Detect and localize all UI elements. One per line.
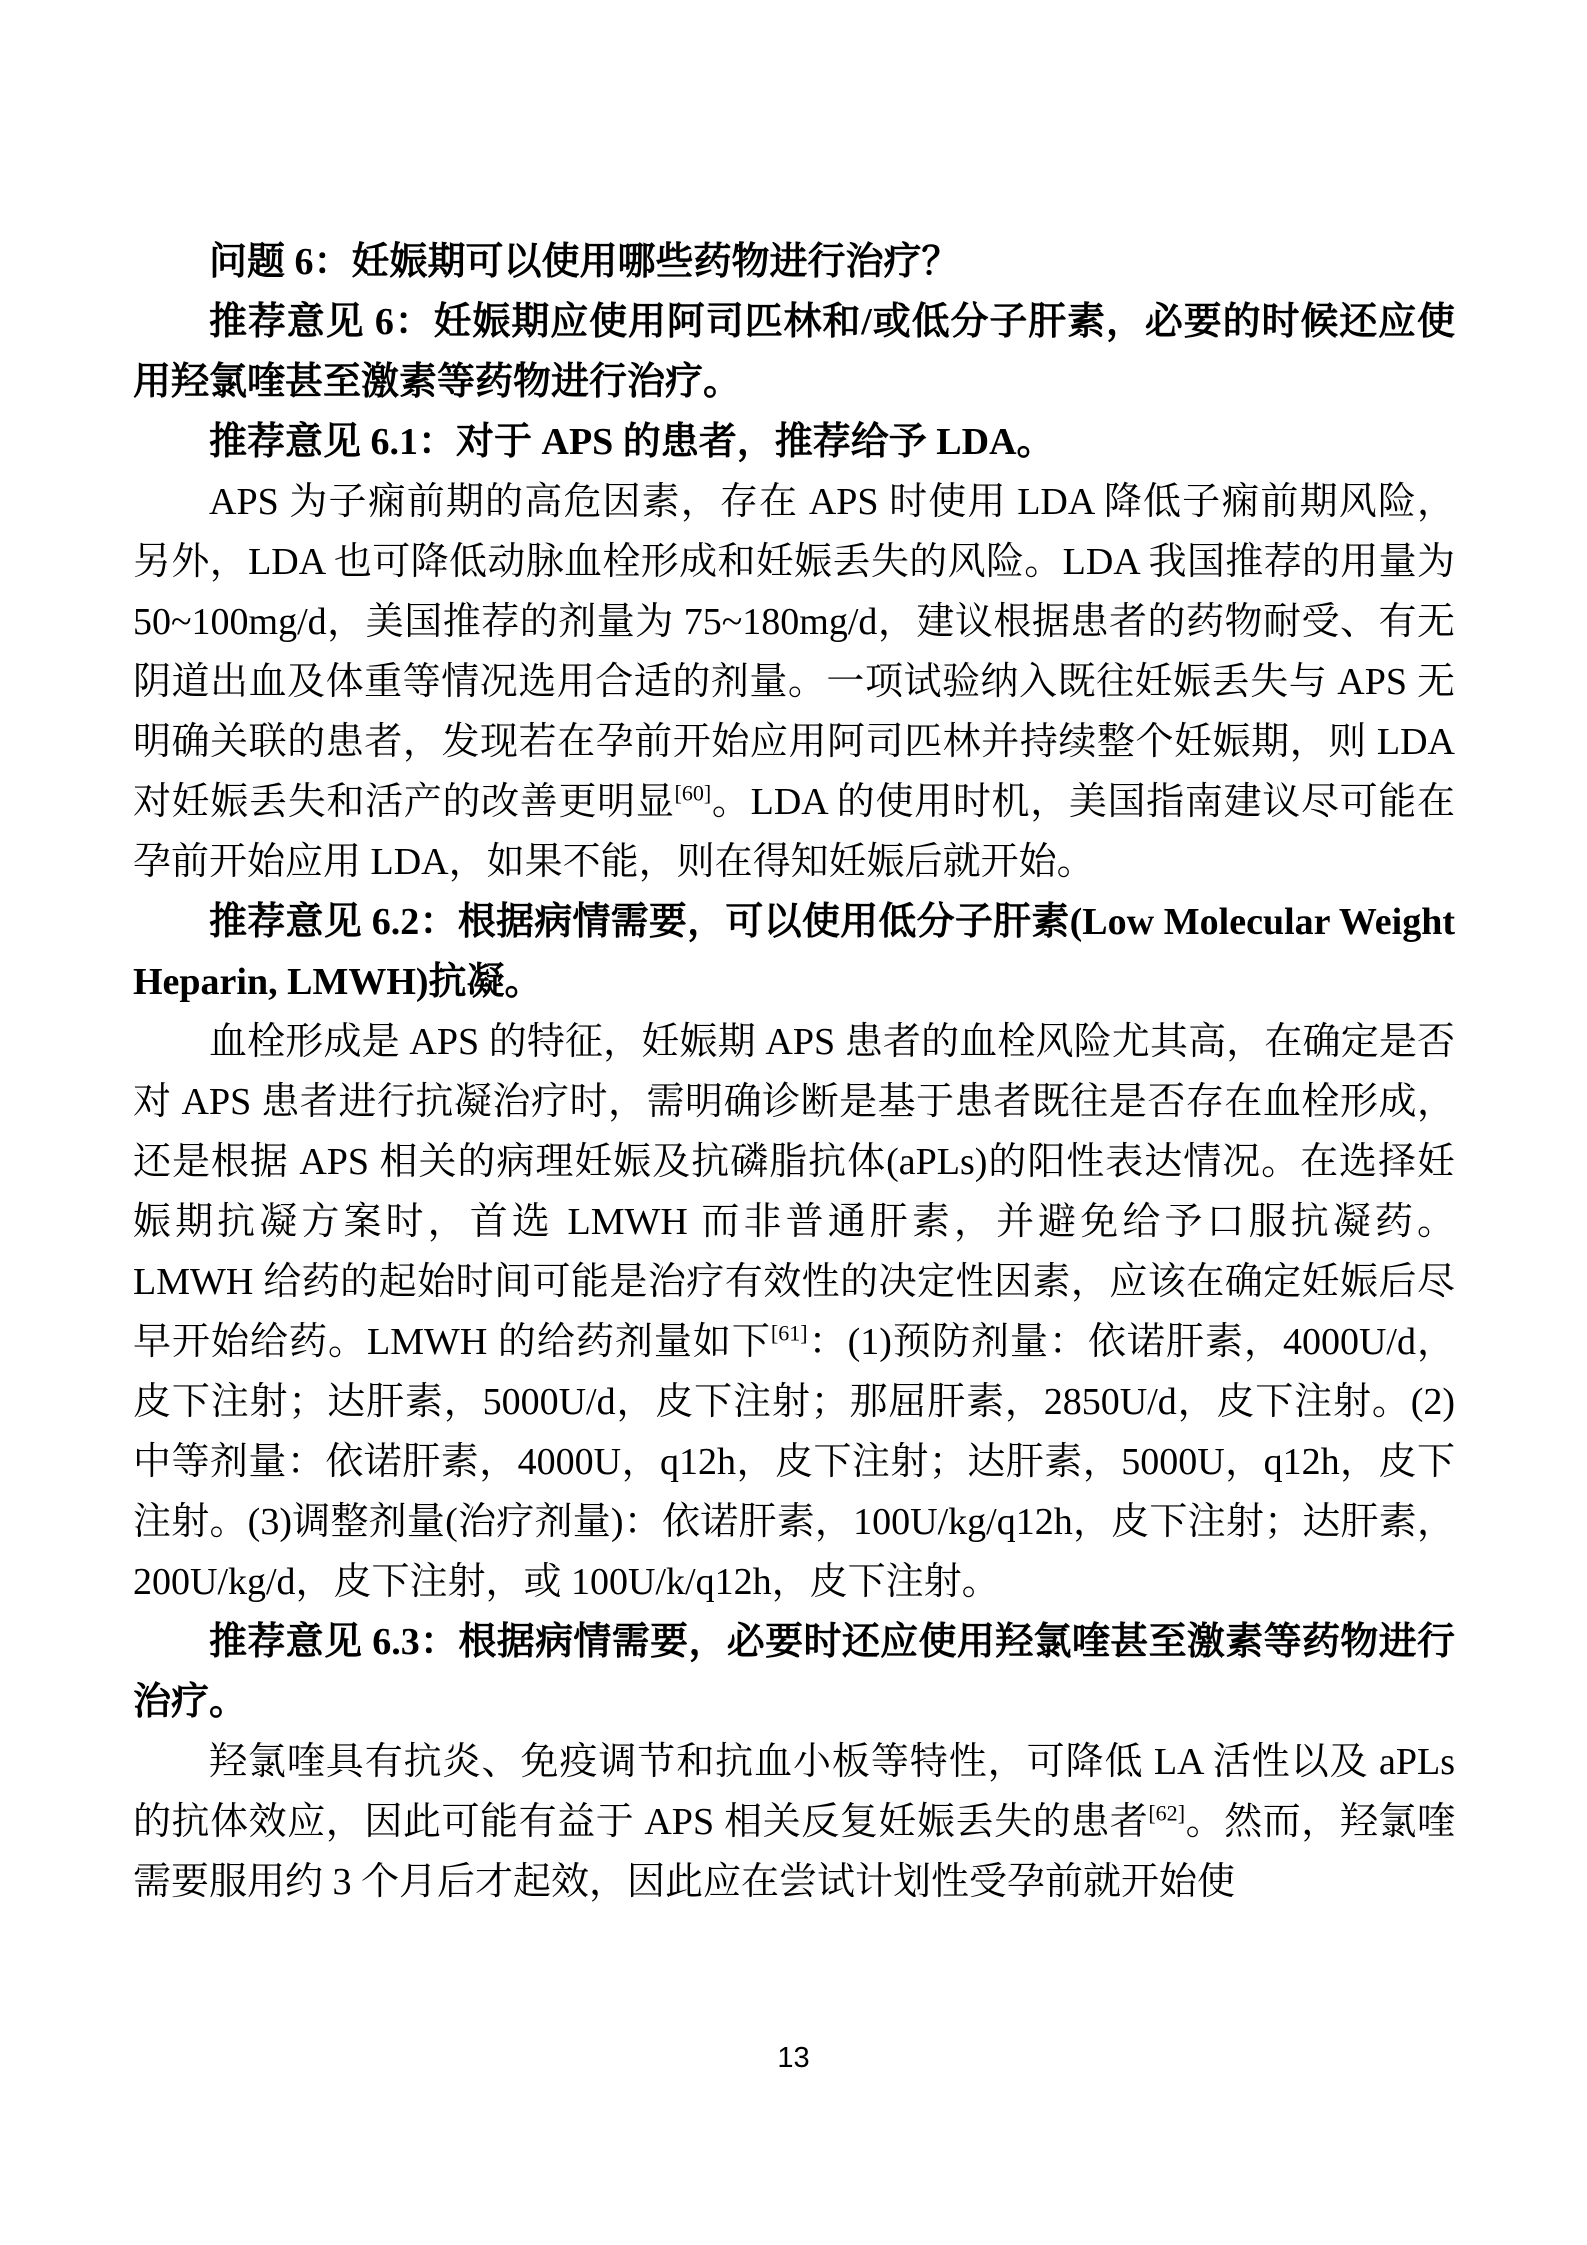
text-run: 推荐意见 6.3：根据病情需要，必要时还应使用羟氯喹甚至激素等药物进行治疗。 [133, 1621, 1455, 1723]
text-run: APS 为子痫前期的高危因素，存在 APS 时使用 LDA 降低子痫前期风险，另… [133, 481, 1455, 823]
document-page: 问题 6：妊娠期可以使用哪些药物进行治疗？推荐意见 6：妊娠期应使用阿司匹林和/… [0, 0, 1587, 2245]
text-run: 推荐意见 6.2：根据病情需要，可以使用低分子肝素(Low Molecular … [133, 901, 1455, 1003]
document-body: 问题 6：妊娠期可以使用哪些药物进行治疗？推荐意见 6：妊娠期应使用阿司匹林和/… [133, 232, 1455, 1912]
citation-ref: [61] [771, 1320, 808, 1345]
text-run: 问题 6：妊娠期可以使用哪些药物进行治疗？ [209, 241, 960, 283]
text-run: 推荐意见 6：妊娠期应使用阿司匹林和/或低分子肝素，必要的时候还应使用羟氯喹甚至… [133, 301, 1455, 403]
paragraph-6: 血栓形成是 APS 的特征，妊娠期 APS 患者的血栓风险尤其高，在确定是否对 … [133, 1012, 1455, 1612]
text-run: ：(1)预防剂量：依诺肝素，4000U/d，皮下注射；达肝素，5000U/d，皮… [133, 1321, 1455, 1603]
paragraph-5: 推荐意见 6.2：根据病情需要，可以使用低分子肝素(Low Molecular … [133, 892, 1455, 1012]
paragraph-7: 推荐意见 6.3：根据病情需要，必要时还应使用羟氯喹甚至激素等药物进行治疗。 [133, 1612, 1455, 1732]
text-run: 推荐意见 6.1：对于 APS 的患者，推荐给予 LDA。 [209, 421, 1055, 463]
page-number: 13 [0, 2038, 1587, 2078]
paragraph-2: 推荐意见 6：妊娠期应使用阿司匹林和/或低分子肝素，必要的时候还应使用羟氯喹甚至… [133, 292, 1455, 412]
text-run: 血栓形成是 APS 的特征，妊娠期 APS 患者的血栓风险尤其高，在确定是否对 … [133, 1021, 1455, 1363]
citation-ref: [60] [675, 780, 712, 805]
paragraph-1: 问题 6：妊娠期可以使用哪些药物进行治疗？ [133, 232, 1455, 292]
citation-ref: [62] [1148, 1800, 1185, 1825]
paragraph-3: 推荐意见 6.1：对于 APS 的患者，推荐给予 LDA。 [133, 412, 1455, 472]
paragraph-4: APS 为子痫前期的高危因素，存在 APS 时使用 LDA 降低子痫前期风险，另… [133, 472, 1455, 892]
paragraph-8: 羟氯喹具有抗炎、免疫调节和抗血小板等特性，可降低 LA 活性以及 aPLs 的抗… [133, 1732, 1455, 1912]
